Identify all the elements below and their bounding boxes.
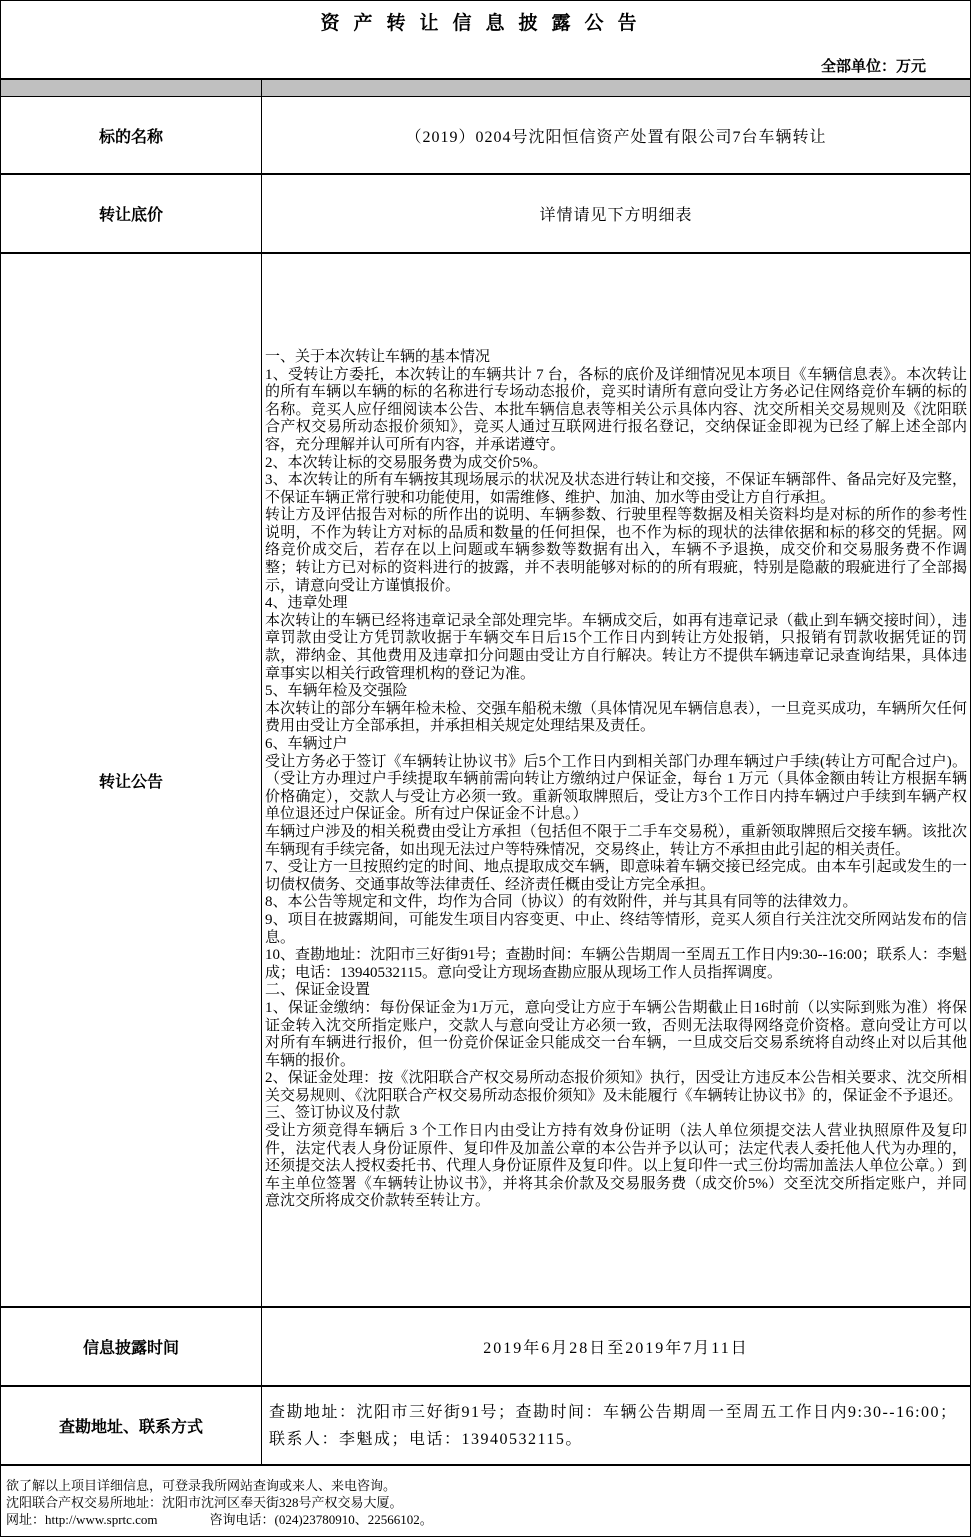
announcement-paragraph: 本次转让的部分车辆年检未检、交强车船税未缴（具体情况见车辆信息表），一旦竞买成功…	[265, 701, 967, 736]
announcement-paragraph: 7、受让方一旦按照约定的时间、地点提取成交车辆，即意味着车辆交接已经完成。由本车…	[265, 859, 967, 894]
announcement-paragraph: 10、查勘地址：沈阳市三好街91号；查勘时间：车辆公告期周一至周五工作日内9:3…	[265, 947, 967, 982]
base-price-value: 详情请见下方明细表	[262, 175, 970, 252]
row-transfer-announcement: 转让公告 一、关于本次转让车辆的基本情况1、受转让方委托，本次转让的车辆共计 7…	[1, 254, 970, 1308]
announcement-paragraph: 受让方须竞得车辆后 3 个工作日内由受让方持有效身份证明（法人单位须提交法人营业…	[265, 1123, 967, 1211]
title-area: 资产转让信息披露公告 全部单位：万元	[1, 1, 970, 78]
announcement-paragraph: 三、签订协议及付款	[265, 1105, 967, 1123]
footer-line: 欲了解以上项目详细信息，可登录我所网站查询或来人、来电咨询。	[6, 1477, 965, 1494]
page-footer: 欲了解以上项目详细信息，可登录我所网站查询或来人、来电咨询。沈阳联合产权交易所地…	[1, 1466, 970, 1528]
announcement-paragraph: 2、本次转让标的交易服务费为成交价5%。	[265, 455, 967, 473]
announcement-paragraph: 8、本公告等规定和文件，均作为合同（协议）的有效附件，并与其具有同等的法律效力。	[265, 894, 967, 912]
subject-name-value: （2019）0204号沈阳恒信资产处置有限公司7台车辆转让	[262, 97, 970, 173]
announcement-paragraph: 9、项目在披露期间，可能发生项目内容变更、中止、终结等情形，竞买人须自行关注沈交…	[265, 912, 967, 947]
announcement-paragraph: 4、违章处理	[265, 595, 967, 613]
disclosure-period-value: 2019年6月28日至2019年7月11日	[262, 1308, 970, 1385]
footer-line: 沈阳联合产权交易所地址：沈阳市沈河区奉天街328号产权交易大厦。	[6, 1494, 965, 1511]
announcement-paragraph: 本次转让的车辆已经将违章记录全部处理完毕。车辆成交后，如再有违章记录（截止到车辆…	[265, 613, 967, 683]
announcement-paragraph: 6、车辆过户	[265, 736, 967, 754]
base-price-label: 转让底价	[1, 175, 262, 252]
announcement-paragraph: 1、保证金缴纳：每份保证金为1万元，意向受让方应于车辆公告期截止日16时前（以实…	[265, 1000, 967, 1070]
announcement-paragraph: 1、受转让方委托，本次转让的车辆共计 7 台，各标的底价及详细情况见本项目《车辆…	[265, 367, 967, 455]
inspection-contact-label: 查勘地址、联系方式	[1, 1387, 262, 1464]
row-disclosure-period: 信息披露时间 2019年6月28日至2019年7月11日	[1, 1308, 970, 1387]
table-header-band	[1, 80, 970, 97]
unit-note: 全部单位：万元	[821, 55, 926, 76]
announcement-paragraph: 一、关于本次转让车辆的基本情况	[265, 349, 967, 367]
page-title: 资产转让信息披露公告	[1, 1, 970, 35]
announcement-table: 标的名称 （2019）0204号沈阳恒信资产处置有限公司7台车辆转让 转让底价 …	[1, 78, 970, 1466]
footer-line: 网址：http://www.sprtc.com 咨询电话：(024)237809…	[6, 1511, 965, 1528]
announcement-paragraph: 2、保证金处理：按《沈阳联合产权交易所动态报价须知》执行，因受让方违反本公告相关…	[265, 1070, 967, 1105]
transfer-announcement-label: 转让公告	[1, 254, 262, 1306]
inspection-contact-value: 查勘地址：沈阳市三好街91号；查勘时间：车辆公告期周一至周五工作日内9:30--…	[262, 1387, 970, 1464]
transfer-announcement-body: 一、关于本次转让车辆的基本情况1、受转让方委托，本次转让的车辆共计 7 台，各标…	[262, 254, 970, 1306]
subject-name-label: 标的名称	[1, 97, 262, 173]
header-band-value-cell	[262, 80, 970, 96]
announcement-paragraph: 转让方及评估报告对标的所作出的说明、车辆参数、行驶里程等数据及相关资料均是对标的…	[265, 507, 967, 595]
header-band-label-cell	[1, 80, 262, 96]
disclosure-period-label: 信息披露时间	[1, 1308, 262, 1385]
announcement-paragraph: 车辆过户涉及的相关税费由受让方承担（包括但不限于二手车交易税），重新领取牌照后交…	[265, 824, 967, 859]
announcement-paragraph: 3、本次转让的所有车辆按其现场展示的状况及状态进行转让和交接，不保证车辆部件、备…	[265, 472, 967, 507]
row-subject-name: 标的名称 （2019）0204号沈阳恒信资产处置有限公司7台车辆转让	[1, 97, 970, 175]
announcement-paragraph: 受让方务必于签订《车辆转让协议书》后5个工作日内到相关部门办理车辆过户手续(转让…	[265, 754, 967, 824]
announcement-document: 资产转让信息披露公告 全部单位：万元 标的名称 （2019）0204号沈阳恒信资…	[0, 0, 971, 1537]
announcement-paragraph: 二、保证金设置	[265, 982, 967, 1000]
row-inspection-contact: 查勘地址、联系方式 查勘地址：沈阳市三好街91号；查勘时间：车辆公告期周一至周五…	[1, 1387, 970, 1466]
row-base-price: 转让底价 详情请见下方明细表	[1, 175, 970, 254]
announcement-paragraph: 5、车辆年检及交强险	[265, 683, 967, 701]
